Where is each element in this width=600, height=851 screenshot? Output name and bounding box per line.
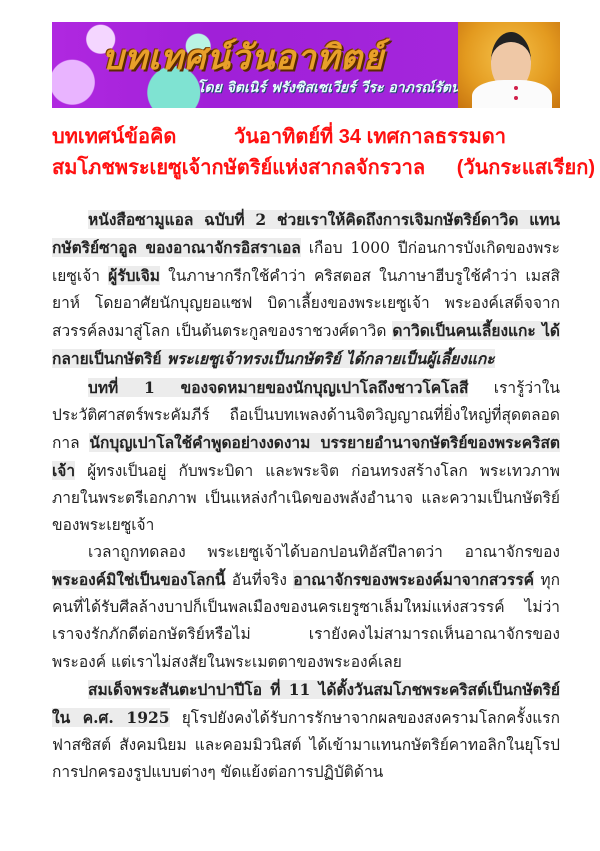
heading-line-1: บทเทศน์ข้อคิด วันอาทิตย์ที่ 34 เทศกาลธรร… — [52, 120, 560, 152]
heading-line-2: สมโภชพระเยซูเจ้ากษัตริย์แห่งสากลจักรวาล … — [52, 151, 560, 183]
heading-feast: สมโภชพระเยซูเจ้ากษัตริย์แห่งสากลจักรวาล — [52, 157, 425, 179]
text-segment: อาณาจักรของพระองค์มาจากสวรรค์ — [293, 570, 534, 589]
sermon-body: หนังสือซามูแอล ฉบับที่ 2 ช่วยเราให้คิดถึ… — [52, 206, 560, 786]
text-segment: เวลาถูกทดลอง พระเยซูเจ้าได้บอกปอนทิอัสปี… — [88, 543, 560, 561]
priest-portrait-image — [458, 22, 560, 108]
text-segment: อันที่จริง — [225, 571, 293, 589]
paragraph-samuel: หนังสือซามูแอล ฉบับที่ 2 ช่วยเราให้คิดถึ… — [52, 206, 560, 374]
banner-author: โดย จิตเนิร์ ฟรังซิสเซเวียร์ วีระ อาภรณ์… — [197, 77, 461, 99]
text-segment: ผู้ทรงเป็นอยู่ กับพระบิดา และพระจิต ก่อน… — [52, 462, 560, 534]
heading-label: บทเทศน์ข้อคิด — [52, 126, 176, 148]
paragraph-colossians: บทที่ 1 ของจดหมายของนักบุญเปาโลถึงชาวโคโ… — [52, 374, 560, 540]
paragraph-pius-xi: สมเด็จพระสันตะปาปาปีโอ ที่ 11 ได้ตั้งวัน… — [52, 676, 560, 786]
text-segment: ผู้รับเจิม — [108, 266, 160, 285]
text-segment: บทที่ 1 ของจดหมายของนักบุญเปาโลถึงชาวโคโ… — [88, 378, 468, 397]
heading-sunday: วันอาทิตย์ที่ 34 เทศกาลธรรมดา — [234, 120, 506, 152]
portrait-buttons — [514, 86, 518, 90]
text-segment: พระเยซูเจ้าทรงเป็นกษัตริย์ ได้กลายเป็นผู… — [167, 349, 495, 368]
portrait-robe — [472, 80, 552, 108]
banner-title: บทเทศน์วันอาทิตย์ — [102, 30, 384, 84]
banner-artwork: บทเทศน์วันอาทิตย์ โดย จิตเนิร์ ฟรังซิสเซ… — [52, 22, 458, 108]
sermon-banner: บทเทศน์วันอาทิตย์ โดย จิตเนิร์ ฟรังซิสเซ… — [52, 22, 560, 108]
text-segment: พระองค์มิใช่เป็นของโลกนี้ — [52, 570, 225, 589]
paragraph-pilate: เวลาถูกทดลอง พระเยซูเจ้าได้บอกปอนทิอัสปี… — [52, 539, 560, 675]
heading-vocation: (วันกระแสเรียก) — [457, 157, 595, 179]
